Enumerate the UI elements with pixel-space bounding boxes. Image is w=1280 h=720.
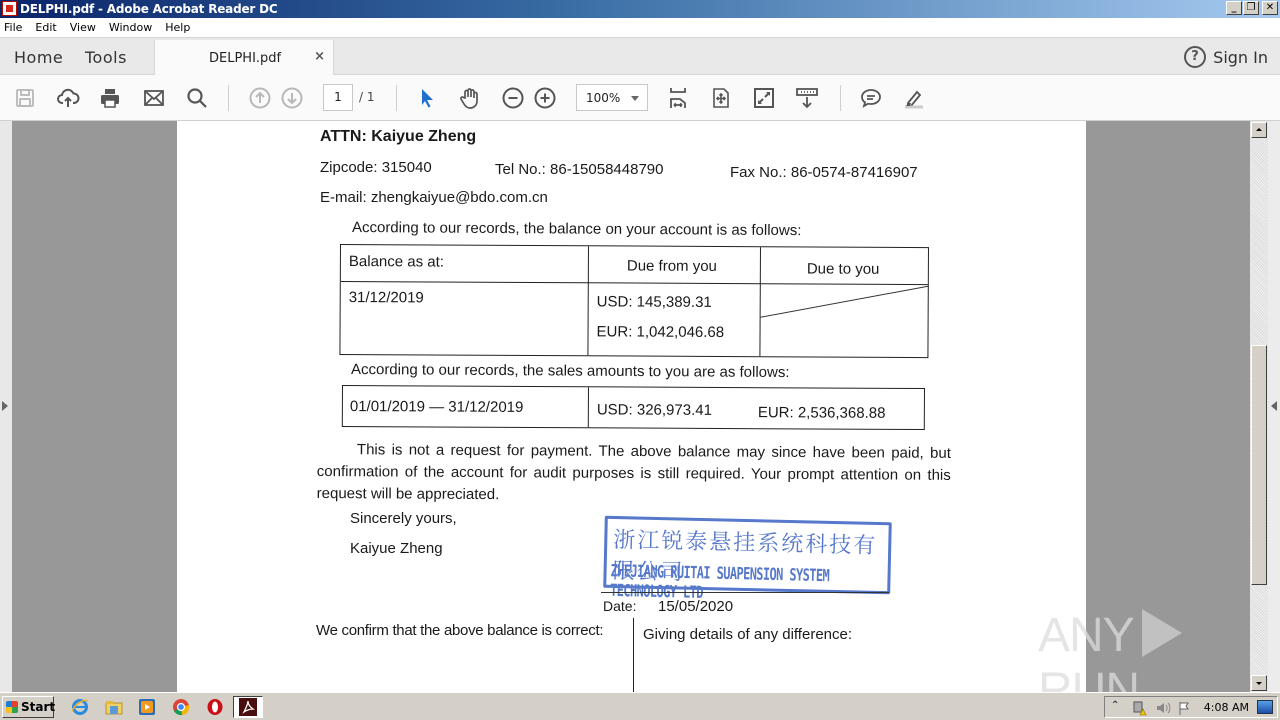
vertical-scrollbar[interactable] [1250, 121, 1268, 692]
sales-usd: USD: 326,973.41 [597, 401, 712, 419]
rotate-view-icon[interactable] [708, 85, 734, 111]
show-desktop-icon[interactable] [1257, 700, 1273, 714]
expand-right-icon [2, 401, 8, 411]
sign-in-link[interactable]: Sign In [1213, 48, 1268, 67]
menu-window[interactable]: Window [109, 21, 152, 34]
start-button[interactable]: Start [2, 696, 54, 718]
show-hidden-icon[interactable]: ⌃ [1111, 700, 1119, 711]
zipcode: Zipcode: 315040 [320, 159, 432, 176]
acrobat-reader-icon [238, 698, 258, 716]
balance-header-due-from: Due from you [627, 258, 717, 275]
help-icon[interactable]: ? [1184, 46, 1206, 68]
difference-label: Giving details of any difference: [643, 626, 852, 643]
media-player-icon[interactable] [137, 698, 157, 716]
highlight-icon[interactable] [901, 85, 927, 111]
zoom-in-icon[interactable] [532, 85, 558, 111]
document-tab-label: DELPHI.pdf [209, 51, 281, 66]
balance-intro: According to our records, the balance on… [352, 219, 802, 239]
zoom-out-icon[interactable] [500, 85, 526, 111]
acrobat-app-icon [2, 1, 17, 16]
balance-header-due-to: Due to you [807, 260, 880, 277]
fit-page-icon[interactable] [665, 85, 691, 111]
scrollbar-thumb[interactable] [1251, 345, 1267, 585]
page-total: / 1 [359, 90, 375, 104]
company-stamp: 浙江锐泰悬挂系统科技有限公司 ZHEJIANG RUITAI SUAPENSIO… [603, 516, 892, 594]
taskbar: Start ⌃ 4:08 AM [0, 692, 1280, 720]
zoom-level-value: 100% [586, 91, 620, 105]
menu-edit[interactable]: Edit [35, 21, 56, 34]
signature-line [601, 592, 889, 593]
date-label: Date: [603, 598, 636, 614]
due-from-usd: USD: 145,389.31 [597, 293, 712, 311]
save-icon[interactable] [12, 85, 38, 111]
next-page-icon[interactable] [279, 85, 305, 111]
watermark-left-text: ANY [1038, 609, 1134, 662]
print-icon[interactable] [97, 85, 123, 111]
sales-intro: According to our records, the sales amou… [351, 361, 790, 381]
full-screen-icon[interactable] [751, 85, 777, 111]
email: E-mail: zhengkaiyue@bdo.com.cn [320, 189, 548, 206]
right-pane-toggle[interactable] [1268, 121, 1280, 692]
start-label: Start [21, 700, 55, 714]
minimize-button[interactable]: _ [1226, 1, 1242, 15]
restore-button[interactable]: ❐ [1243, 1, 1259, 15]
due-from-eur: EUR: 1,042,046.68 [596, 323, 724, 341]
tab-home[interactable]: Home [14, 48, 63, 67]
internet-explorer-icon[interactable] [70, 698, 90, 716]
toolbar-separator [840, 85, 841, 111]
acrobat-taskbar-button[interactable] [233, 696, 263, 718]
confirm-label: We confirm that the above balance is cor… [316, 622, 603, 639]
email-icon[interactable] [141, 85, 167, 111]
expand-left-icon [1271, 401, 1277, 411]
page-number-input[interactable]: 1 [323, 84, 353, 111]
select-cursor-icon[interactable] [414, 85, 440, 111]
sales-period: 01/01/2019 — 31/12/2019 [350, 398, 524, 416]
scroll-mode-icon[interactable] [794, 85, 820, 111]
empty-cell-diagonal [761, 284, 929, 319]
opera-icon[interactable] [205, 698, 225, 716]
hand-tool-icon[interactable] [457, 85, 483, 111]
chevron-down-icon [631, 96, 639, 101]
balance-date: 31/12/2019 [349, 289, 424, 306]
pdf-page: ATTN: Kaiyue Zheng Zipcode: 315040 Tel N… [177, 121, 1086, 692]
window-title: DELPHI.pdf - Adobe Acrobat Reader DC [20, 2, 277, 16]
left-pane-toggle[interactable] [0, 121, 12, 692]
menu-help[interactable]: Help [165, 21, 190, 34]
document-workspace: ATTN: Kaiyue Zheng Zipcode: 315040 Tel N… [0, 121, 1280, 692]
tab-bar: Home Tools DELPHI.pdf × ? Sign In [0, 37, 1280, 75]
system-tray: ⌃ 4:08 AM [1104, 696, 1278, 718]
toolbar: 1 / 1 100% [0, 75, 1280, 121]
attn-line: ATTN: Kaiyue Zheng [320, 128, 476, 146]
previous-page-icon[interactable] [247, 85, 273, 111]
date-value: 15/05/2020 [658, 598, 733, 615]
toolbar-separator [228, 85, 229, 111]
menu-view[interactable]: View [70, 21, 96, 34]
fax-number: Fax No.: 86-0574-87416907 [730, 164, 918, 181]
sales-table: 01/01/2019 — 31/12/2019 USD: 326,973.41 … [342, 385, 925, 430]
tab-tools[interactable]: Tools [85, 48, 127, 67]
close-tab-icon[interactable]: × [314, 49, 325, 64]
zoom-level-select[interactable]: 100% [576, 84, 648, 111]
file-explorer-icon[interactable] [104, 698, 124, 716]
scroll-up-button[interactable] [1251, 122, 1267, 138]
comment-icon[interactable] [858, 85, 884, 111]
title-bar: DELPHI.pdf - Adobe Acrobat Reader DC _ ❐… [0, 0, 1280, 18]
signer-name: Kaiyue Zheng [350, 540, 443, 557]
upload-cloud-icon[interactable] [55, 85, 81, 111]
clock[interactable]: 4:08 AM [1204, 701, 1249, 714]
confirmation-divider [633, 618, 634, 692]
stamp-english-text: ZHEJIANG RUITAI SUAPENSION SYSTEM TECHNO… [610, 561, 888, 606]
balance-header-date: Balance as at: [349, 253, 444, 270]
menu-bar: File Edit View Window Help [0, 18, 1280, 37]
tab-document[interactable]: DELPHI.pdf × [154, 40, 334, 76]
chrome-icon[interactable] [171, 698, 191, 716]
menu-file[interactable]: File [4, 21, 22, 34]
network-warning-icon[interactable] [1131, 700, 1147, 719]
windows-logo-icon [6, 701, 18, 713]
play-logo-icon [1142, 609, 1182, 657]
notice-paragraph: This is not a request for payment. The a… [317, 439, 951, 509]
sales-eur: EUR: 2,536,368.88 [758, 404, 886, 422]
tel-number: Tel No.: 86-15058448790 [495, 161, 663, 178]
balance-table: Balance as at: Due from you Due to you 3… [339, 244, 929, 358]
close-button[interactable]: ✕ [1262, 1, 1278, 15]
closing: Sincerely yours, [350, 510, 457, 527]
search-icon[interactable] [184, 85, 210, 111]
action-center-flag-icon[interactable] [1177, 700, 1193, 719]
toolbar-separator [396, 85, 397, 111]
volume-icon[interactable] [1155, 700, 1171, 719]
